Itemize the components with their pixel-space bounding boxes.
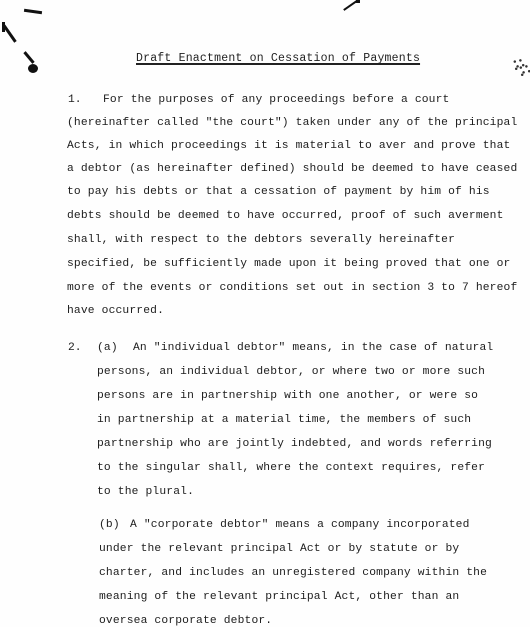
scan-artifact-speckle <box>518 64 530 76</box>
paragraph-number: 1. <box>68 93 82 107</box>
paragraph-line: partnership who are jointly indebted, an… <box>97 437 492 451</box>
paragraph-line: a debtor (as hereinafter defined) should… <box>67 162 517 176</box>
scan-artifact-mark <box>3 25 17 43</box>
paragraph-line: persons are in partnership with one anot… <box>97 389 478 403</box>
paragraph-line: (hereinafter called "the court") taken u… <box>67 116 517 130</box>
paragraph-line: Acts, in which proceedings it is materia… <box>67 139 510 153</box>
paragraph-line: oversea corporate debtor. <box>99 614 272 627</box>
subparagraph-label: (b) <box>99 518 120 532</box>
document-title: Draft Enactment on Cessation of Payments <box>136 52 420 65</box>
paragraph-line: to pay his debts or that a cessation of … <box>67 185 490 199</box>
scan-artifact-hole <box>28 64 38 73</box>
paragraph-line: For the purposes of any proceedings befo… <box>103 93 449 107</box>
paragraph-line: A "corporate debtor" means a company inc… <box>130 518 470 532</box>
paragraph-line: shall, with respect to the debtors sever… <box>67 233 455 247</box>
paragraph-line: debts should be deemed to have occurred,… <box>67 209 504 223</box>
document-page: Draft Enactment on Cessation of Payments… <box>0 0 530 627</box>
paragraph-line: specified, be sufficiently made upon it … <box>67 257 510 271</box>
scan-artifact-mark <box>24 9 42 14</box>
scan-artifact-mark <box>23 51 34 64</box>
paragraph-number: 2. <box>68 341 82 355</box>
paragraph-line: to the plural. <box>97 485 194 499</box>
paragraph-line: in partnership at a material time, the m… <box>97 413 471 427</box>
paragraph-line: An "individual debtor" means, in the cas… <box>133 341 493 355</box>
paragraph-line: more of the events or conditions set out… <box>67 281 517 295</box>
paragraph-line: have occurred. <box>67 304 164 318</box>
paragraph-line: meaning of the relevant principal Act, o… <box>99 590 459 604</box>
paragraph-line: to the singular shall, where the context… <box>97 461 485 475</box>
subparagraph-label: (a) <box>97 341 118 355</box>
scan-artifact-mark <box>356 0 360 3</box>
paragraph-line: charter, and includes an unregistered co… <box>99 566 487 580</box>
paragraph-line: under the relevant principal Act or by s… <box>99 542 459 556</box>
paragraph-line: persons, an individual debtor, or where … <box>97 365 485 379</box>
